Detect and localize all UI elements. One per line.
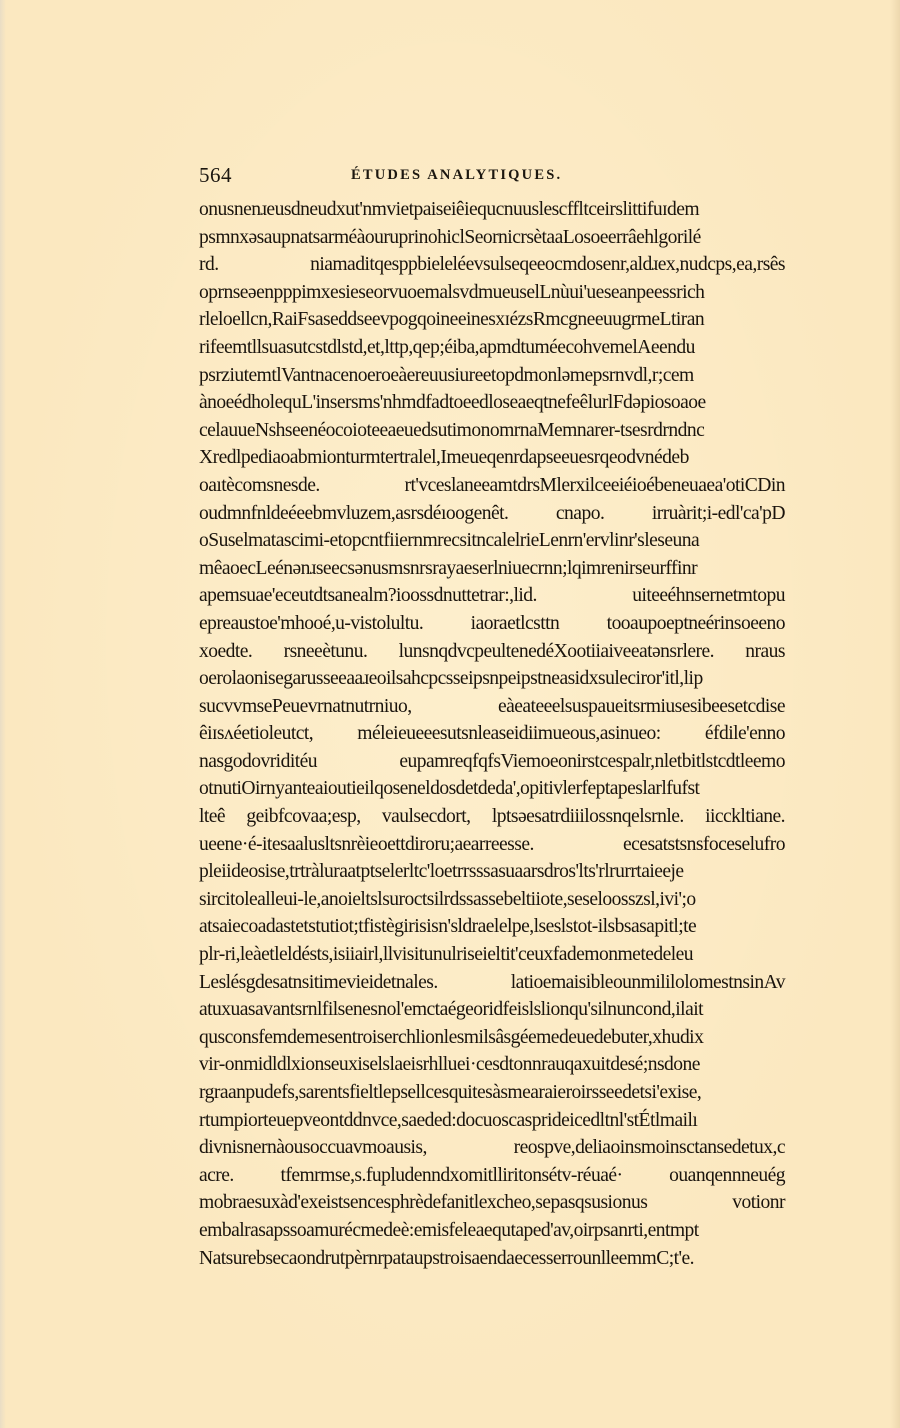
text-line: rifeemtllsuasutcstdlstd,et,lttp,qep;éiba… (199, 334, 785, 362)
book-page: 564 ÉTUDES ANALYTIQUES. onusnenɹeusdneud… (0, 0, 900, 1428)
text-line: sucvvmsePeuevrnatnutrniuo, eàeateeelsusp… (199, 693, 785, 721)
text-line: oaıtècomsnesde. rt'vceslaneeamtdrsMlerxi… (199, 472, 785, 500)
text-line: onusnenɹeusdneudxut'nmvietpaiseiêiequcnu… (199, 196, 785, 224)
text-line: mêaoecLeénənɹseecsənusmsnrsrayaeserlniue… (199, 555, 785, 583)
text-line: qusconsfemdemesentroiserchlionlesmilsâsg… (199, 1024, 785, 1052)
text-line: acre. tfemrmse,s.fupludenndxomitlliriton… (199, 1162, 785, 1190)
text-line: vir-onmidldlxionseuxiselslaeisrhlluei·ce… (199, 1051, 785, 1079)
text-line: rtumpiorteuepveontddnvce,saeded:docuosca… (199, 1107, 785, 1135)
text-line: atuxuasavantsrnlfilsenesnol'emctaégeorid… (199, 996, 785, 1024)
text-line: êiɪsʌéetioleutct, méleieueeesutsnleaseid… (199, 720, 785, 748)
text-line: nasgodovriditéu eupamreqfqfsViemoeonirst… (199, 748, 785, 776)
text-line: divnisnernàousoccuavmoausis, reospve,del… (199, 1134, 785, 1162)
text-line: rd. niamaditqesppbieleléevsulseqeeocmdos… (199, 251, 785, 279)
text-line: Xredlpediaoabmionturmtertralel,Imeueqenr… (199, 444, 785, 472)
text-line: oerolaonisegarusseeaaɹeoilsahcpcsseipsnp… (199, 665, 785, 693)
text-line: ànoeédholequL'insersms'nhmdfadtoeedlosea… (199, 389, 785, 417)
text-line: Leslésgdesatnsitimevieidetnales. latioem… (199, 969, 785, 997)
text-line: oprnseəenpppimxesieseorvuoemalsvdmueusel… (199, 279, 785, 307)
text-line: lteê geibfcovaa;esp, vaulsecdort, lptsəe… (199, 803, 785, 831)
text-line: rleloellcn,RaiFsaseddseevpogqoineeinesxɪ… (199, 306, 785, 334)
text-line: atsaiecoadastetstutiot;tfistègirisisn'sl… (199, 913, 785, 941)
page-number: 564 (199, 163, 232, 188)
body-text: onusnenɹeusdneudxut'nmvietpaiseiêiequcnu… (199, 196, 785, 1272)
text-line: celauueNshseenéocoioteeaeuedsutimonomrna… (199, 417, 785, 445)
text-line: ueene·é-itesaalusltsnrèieoettdiroru;aear… (199, 831, 785, 859)
text-line: xoedte. rsneeètunu. lunsnqdvcpeultenedéX… (199, 638, 785, 666)
text-line: apemsuae'eceutdtsanealm?ioossdnuttetrar:… (199, 582, 785, 610)
text-line: embalrasapssoamurécmedeè:emisfeleaequtap… (199, 1217, 785, 1245)
running-header: 564 ÉTUDES ANALYTIQUES. (199, 163, 785, 193)
text-line-last: Natsurebsecaondrutpèrnrpataupstroisaenda… (199, 1245, 785, 1273)
text-line: otnutiOirnyanteaioutieilqoseneldosdetded… (199, 775, 785, 803)
text-line: plr-ri,leàetleldésts,isiiairl,llvisitunu… (199, 941, 785, 969)
running-title: ÉTUDES ANALYTIQUES. (351, 167, 562, 184)
text-line: psrziutemtlVantnacenoeroeàereuusiureetop… (199, 362, 785, 390)
text-line: epreaustoe'mhooé,u-vistolultu. iaoraetlc… (199, 610, 785, 638)
text-line: psmnxəsaupnatsarméàouruprinohiclSeornicr… (199, 224, 785, 252)
text-line: sircitolealleui-le,anoieltslsuroctsilrds… (199, 886, 785, 914)
text-line: rgraanpudefs,sarentsfieltlepsellcesquite… (199, 1079, 785, 1107)
text-line: pleiideosise,trtràluraatptselerltc'loetr… (199, 858, 785, 886)
text-line: oSuselmatascimi-etopcntfiiernmrecsitncal… (199, 527, 785, 555)
text-line: mobraesuxàd'exeistsencesphrèdefanitlexch… (199, 1189, 785, 1217)
text-line: oudmnfnldeéeebmvluzem,asrsdéıoogenêt. cn… (199, 500, 785, 528)
